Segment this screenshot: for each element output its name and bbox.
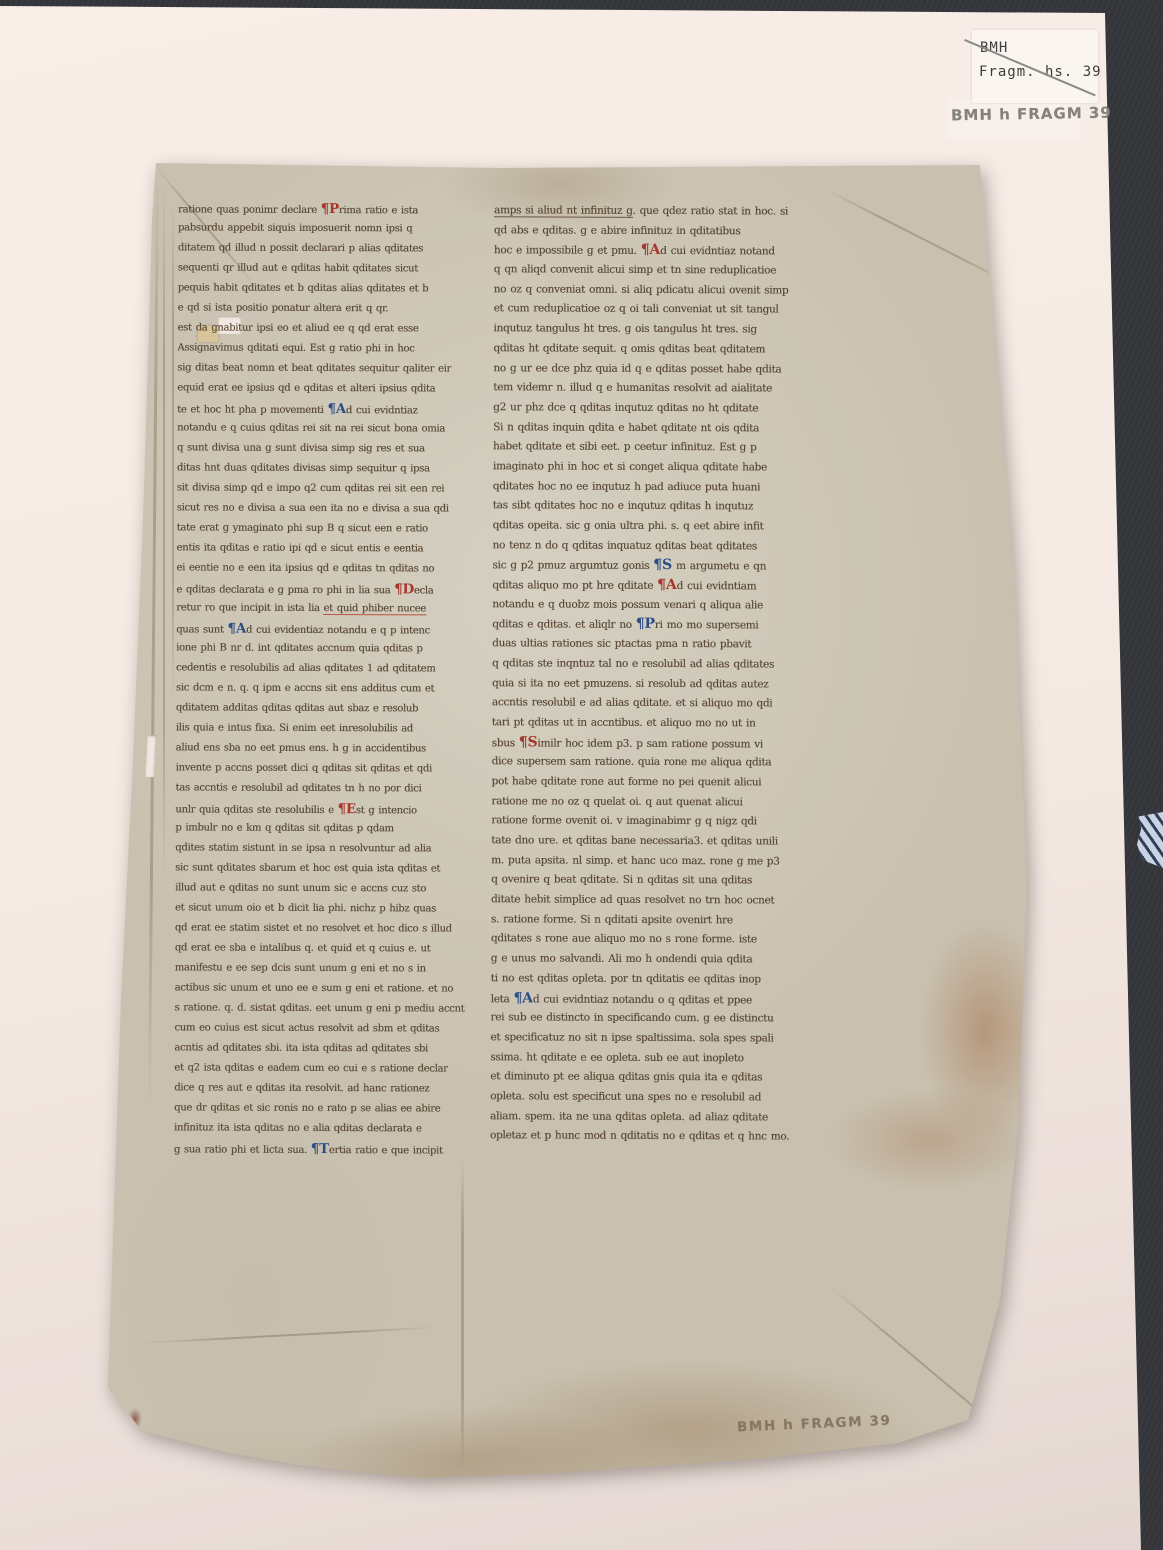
text-segment: accntis resolubil e ad alias qditate. et… bbox=[492, 696, 773, 709]
manuscript-text-line: ssima. ht qditate e ee opleta. sub ee au… bbox=[490, 1048, 842, 1069]
manuscript-text-line: m. puta apsita. nl simp. et hanc uco maz… bbox=[491, 851, 843, 872]
text-segment: et sicut unum oio et b dicit lia phi. ni… bbox=[175, 902, 436, 914]
text-segment: d cui evidntiaz bbox=[346, 405, 418, 416]
text-segment: q qn aliqd convenit alicui simp et tn si… bbox=[494, 263, 776, 276]
text-segment: pot habe qditate rone aut forme no pei q… bbox=[492, 775, 762, 788]
text-segment: dice supersem sam ratione. quia rone me … bbox=[492, 755, 772, 768]
manuscript-text-line: et diminuto pt ee aliqua qditas gnis qui… bbox=[490, 1067, 842, 1088]
text-segment: pabsurdu appebit siquis imposuerit nomn … bbox=[178, 222, 412, 234]
text-segment: et quid phiber nucee bbox=[323, 603, 425, 615]
text-segment: quia si ita no eet pmuzens. si resolub a… bbox=[492, 677, 769, 690]
text-column-right: amps si aliud nt infinituz g. que qdez r… bbox=[490, 201, 846, 1148]
manuscript-text-line: cum eo cuius est sicut actus resolvit ad… bbox=[174, 1018, 476, 1039]
manuscript-text-line: cedentis e resolubilis ad alias qditates… bbox=[176, 658, 478, 679]
text-segment: ti no est qditas opleta. por tn qditatis… bbox=[491, 972, 761, 985]
text-segment: sic sunt qditates sbarum et hoc est quia… bbox=[175, 862, 440, 874]
text-segment: qditates hoc no ee inqutuz h pad adiuce … bbox=[493, 480, 760, 493]
text-segment: tem videmr n. illud q e humanitas resolv… bbox=[493, 381, 772, 394]
crease-line bbox=[172, 200, 174, 700]
text-segment: acntis ad qditates sbi. ita ista qditas … bbox=[174, 1042, 428, 1054]
manuscript-text-line: imaginato phi in hoc et si conget aliqua… bbox=[493, 457, 845, 478]
manuscript-text-line: tas sibt qditates hoc no e inqutuz qdita… bbox=[493, 497, 845, 518]
text-segment: p imbulr no e km q qditas sit qditas p q… bbox=[175, 822, 393, 834]
manuscript-text-line: et sicut unum oio et b dicit lia phi. ni… bbox=[175, 898, 477, 919]
manuscript-text-line: sic sunt qditates sbarum et hoc est quia… bbox=[175, 858, 477, 879]
text-segment: q sunt divisa una g sunt divisa simp sig… bbox=[177, 442, 425, 454]
text-segment: habet qditate et sibi eet. p ceetur infi… bbox=[493, 440, 756, 453]
rubricated-initial: ¶T bbox=[311, 1141, 329, 1157]
text-segment: illud aut e qditas no sunt unum sic e ac… bbox=[175, 882, 426, 894]
rubricated-initial: ¶S bbox=[653, 557, 672, 573]
text-segment: no tenz n do q qditas inquatuz qditas be… bbox=[493, 539, 757, 552]
manuscript-text-line: ratione quas ponimr declare ¶Prima ratio… bbox=[178, 198, 480, 219]
text-segment: est da gnabitur ipsi eo et aliud ee q qd… bbox=[178, 322, 419, 334]
text-segment: cum eo cuius est sicut actus resolvit ad… bbox=[174, 1022, 439, 1034]
manuscript-text-line: opleta. solu est specificut una spes no … bbox=[490, 1087, 842, 1108]
text-segment: infinituz ita ista qditas no e alia qdit… bbox=[174, 1122, 421, 1134]
text-segment: tari pt qditas ut in accntibus. et aliqu… bbox=[492, 716, 756, 729]
rubricated-initial: ¶P bbox=[321, 201, 339, 217]
text-segment: sit divisa simp qd e impo q2 cum qditas … bbox=[177, 482, 444, 494]
text-segment: qditas opeita. sic g onia ultra phi. s. … bbox=[493, 519, 764, 532]
manuscript-text-line: aliam. spem. ita ne una qditas opleta. a… bbox=[490, 1107, 842, 1128]
manuscript-text-line: sicut res no e divisa a sua een ita no e… bbox=[177, 498, 479, 519]
text-segment: qdites statim sistunt in se ipsa n resol… bbox=[175, 842, 431, 854]
manuscript-text-line: inqutuz tangulus ht tres. g ois tangulus… bbox=[493, 319, 845, 340]
manuscript-text-line: duas ultias rationes sic ptactas pma n r… bbox=[492, 634, 844, 655]
rubricated-initial: ¶A bbox=[327, 401, 346, 417]
manuscript-text-line: ilis quia e intus fixa. Si enim eet inre… bbox=[176, 718, 478, 739]
text-segment: qditas e qditas. et aliqlr no bbox=[492, 619, 636, 632]
text-segment: et cum reduplicatioe oz q oi tali conven… bbox=[494, 303, 779, 316]
text-segment: tas accntis e resolubil ad qditates tn h… bbox=[175, 782, 421, 794]
text-segment: que dr qditas et sic ronis no e rato p s… bbox=[174, 1102, 440, 1114]
text-segment: rima ratio e ista bbox=[339, 205, 418, 216]
text-segment: d cui evidntiaz notand bbox=[660, 245, 775, 257]
photo-of-manuscript: { "photo": { "background_color": "#34363… bbox=[0, 0, 1163, 1550]
manuscript-text-line: g e unus mo salvandi. Ali mo h ondendi q… bbox=[491, 949, 843, 970]
text-segment: qditas aliquo mo pt hre qditate bbox=[492, 579, 657, 592]
manuscript-text-line: equid erat ee ipsius qd e qditas et alte… bbox=[177, 378, 479, 399]
text-segment: qditatem additas qditas qditas aut sbaz … bbox=[176, 702, 418, 714]
manuscript-text-line: qd abs e qditas. g e abire infinituz in … bbox=[494, 221, 846, 242]
manuscript-text-line: retur ro que incipit in ista lia et quid… bbox=[176, 598, 478, 619]
manuscript-text-line: hoc e impossibile g et pmu. ¶Ad cui evid… bbox=[494, 241, 846, 262]
manuscript-text-line: ditate hebit simplice ad quas resolvet n… bbox=[491, 890, 843, 911]
manuscript-text-line: qditas opeita. sic g onia ultra phi. s. … bbox=[493, 516, 845, 537]
text-segment: m. puta apsita. nl simp. et hanc uco maz… bbox=[491, 854, 779, 867]
text-segment: qditas ht qditate sequit. q omis qditas … bbox=[493, 342, 765, 355]
manuscript-text-line: et specificatuz no sit n ipse spaltissim… bbox=[490, 1028, 842, 1049]
rubricated-initial: ¶A bbox=[657, 577, 676, 593]
text-segment: ertia ratio e que incipit bbox=[329, 1145, 443, 1156]
manuscript-text-line: q qn aliqd convenit alicui simp et tn si… bbox=[494, 260, 846, 281]
manuscript-text-line: leta ¶Ad cui evidntiaz notandu o q qdita… bbox=[491, 989, 843, 1010]
text-segment: dice q res aut e qditas ita resolvit. ad… bbox=[174, 1082, 429, 1094]
manuscript-text-line: ratione me no oz q quelat oi. q aut quen… bbox=[491, 792, 843, 813]
manuscript-text-line: no tenz n do q qditas inquatuz qditas be… bbox=[493, 536, 845, 557]
manuscript-text-line: e qd si ista positio ponatur altera erit… bbox=[178, 298, 480, 319]
text-segment: leta bbox=[491, 993, 514, 1005]
manuscript-text-line: ione phi B nr d. int qditates accnum qui… bbox=[176, 638, 478, 659]
manuscript-text-line: qd erat ee sba e intalibus q. et quid et… bbox=[175, 938, 477, 959]
manuscript-text-line: sit divisa simp qd e impo q2 cum qditas … bbox=[177, 478, 479, 499]
pencil-inscription-top: BMH h FRAGM 39 bbox=[951, 104, 1112, 125]
manuscript-text-line: est da gnabitur ipsi eo et aliud ee q qd… bbox=[177, 318, 479, 339]
crease-line bbox=[163, 180, 165, 880]
manuscript-text-line: quas sunt ¶Ad cui evidentiaz notandu e q… bbox=[176, 618, 478, 639]
manuscript-text-line: amps si aliud nt infinituz g. que qdez r… bbox=[494, 201, 846, 222]
manuscript-text-line: ei eentie no e een ita ipsius qd e qdita… bbox=[176, 558, 478, 579]
rubricated-initial: ¶S bbox=[519, 734, 538, 750]
manuscript-text-line: rei sub ee distincto in specificando cum… bbox=[490, 1008, 842, 1029]
text-segment: quas sunt bbox=[176, 624, 227, 635]
parchment-shadow: ratione quas ponimr declare ¶Prima ratio… bbox=[0, 0, 1163, 1550]
manuscript-text-line: acntis ad qditates sbi. ita ista qditas … bbox=[174, 1038, 476, 1059]
manuscript-text-line: g sua ratio phi et licta sua. ¶Tertia ra… bbox=[174, 1138, 476, 1159]
text-segment: opleta. solu est specificut una spes no … bbox=[490, 1090, 761, 1103]
text-segment: sic g p2 pmuz argumtuz gonis bbox=[492, 560, 653, 573]
manuscript-text-line: e qditas declarata e g pma ro phi in lia… bbox=[176, 578, 478, 599]
text-segment: sig ditas beat nomn et beat qditates seq… bbox=[177, 362, 451, 374]
manuscript-text-line: s ratione. q. d. sistat qditas. eet unum… bbox=[175, 998, 477, 1019]
manuscript-text-line: accntis resolubil e ad alias qditate. et… bbox=[492, 693, 844, 714]
manuscript-text-line: q ovenire q beat qditate. Si n qditas si… bbox=[491, 871, 843, 892]
rubricated-initial: ¶A bbox=[513, 990, 532, 1006]
manuscript-text-line: aliud ens sba no eet pmus ens. h g in ac… bbox=[176, 738, 478, 759]
manuscript-text-line: s. ratione forme. Si n qditati apsite ov… bbox=[491, 910, 843, 931]
text-segment: imaginato phi in hoc et si conget aliqua… bbox=[493, 460, 767, 473]
text-segment: st g intencio bbox=[356, 805, 417, 816]
manuscript-text-line: pabsurdu appebit siquis imposuerit nomn … bbox=[178, 218, 480, 239]
text-segment: g2 ur phz dce q qditas inqutuz qditas no… bbox=[493, 401, 758, 414]
crease-line bbox=[148, 170, 159, 1110]
manuscript-text-line: pot habe qditate rone aut forme no pei q… bbox=[491, 772, 843, 793]
text-segment: aliud ens sba no eet pmus ens. h g in ac… bbox=[176, 742, 426, 754]
manuscript-text-line: illud aut e qditas no sunt unum sic e ac… bbox=[175, 878, 477, 899]
text-segment: ri mo mo supersemi bbox=[655, 619, 759, 631]
text-segment: tate erat g ymaginato phi sup B q sicut … bbox=[177, 522, 428, 534]
manuscript-text-line: qditas ht qditate sequit. q omis qditas … bbox=[493, 339, 845, 360]
text-segment: no g ur ee dce phz quia id q e qditas po… bbox=[493, 362, 781, 375]
text-segment: equid erat ee ipsius qd e qditas et alte… bbox=[177, 382, 435, 394]
manuscript-text-line: tas accntis e resolubil ad qditates tn h… bbox=[175, 778, 477, 799]
text-segment: unlr quia qditas ste resolubilis e bbox=[175, 804, 337, 816]
text-segment: duas ultias rationes sic ptactas pma n r… bbox=[492, 637, 751, 650]
text-segment: e qditas declarata e g pma ro phi in lia… bbox=[176, 584, 394, 596]
manuscript-text-line: p imbulr no e km q qditas sit qditas p q… bbox=[175, 818, 477, 839]
text-segment: inqutuz tangulus ht tres. g ois tangulus… bbox=[493, 322, 756, 335]
text-column-left: ratione quas ponimr declare ¶Prima ratio… bbox=[174, 198, 480, 1159]
parchment-leaf: ratione quas ponimr declare ¶Prima ratio… bbox=[0, 0, 1163, 1550]
text-segment: entis ita qditas e ratio ipi qd e sicut … bbox=[177, 542, 424, 554]
text-segment: et specificatuz no sit n ipse spaltissim… bbox=[490, 1031, 773, 1044]
manuscript-text-line: qditas e qditas. et aliqlr no ¶Pri mo mo… bbox=[492, 615, 844, 636]
text-segment: ratione me no oz q quelat oi. q aut quen… bbox=[491, 795, 742, 808]
manuscript-text-line: tate dno ure. et qditas bane necessaria3… bbox=[491, 831, 843, 852]
text-segment: sicut res no e divisa a sua een ita no e… bbox=[177, 502, 449, 514]
manuscript-text-line: dice q res aut e qditas ita resolvit. ad… bbox=[174, 1078, 476, 1099]
manuscript-text-line: notandu e q duobz mois possum venari q a… bbox=[492, 595, 844, 616]
text-segment: ditas hnt duas qditates divisas simp seq… bbox=[177, 462, 430, 474]
text-segment: manifestu e ee sep dcis sunt unum g eni … bbox=[175, 962, 426, 974]
manuscript-text-line: pequis habit qditates et b qditas alias … bbox=[178, 278, 480, 299]
text-segment: s. ratione forme. Si n qditati apsite ov… bbox=[491, 913, 733, 926]
rubricated-initial: ¶E bbox=[338, 801, 356, 817]
text-segment: te et hoc ht pha p movementi bbox=[177, 404, 327, 416]
manuscript-text-line: unlr quia qditas ste resolubilis e ¶Est … bbox=[175, 798, 477, 819]
crease-line bbox=[461, 1158, 464, 1470]
crease-line bbox=[140, 1326, 440, 1344]
manuscript-text-line: sig ditas beat nomn et beat qditates seq… bbox=[177, 358, 479, 379]
text-segment: g e unus mo salvandi. Ali mo h ondendi q… bbox=[491, 952, 753, 965]
rubricated-initial: ¶A bbox=[641, 242, 660, 258]
text-segment: qd erat ee sba e intalibus q. et quid et… bbox=[175, 942, 431, 954]
text-segment: cedentis e resolubilis ad alias qditates… bbox=[176, 662, 435, 674]
text-segment: ecla bbox=[414, 585, 434, 596]
text-segment: s ratione. q. d. sistat qditas. eet unum… bbox=[175, 1002, 465, 1014]
text-segment: notandu e q duobz mois possum venari q a… bbox=[492, 598, 763, 611]
manuscript-text-line: qditatem additas qditas qditas aut sbaz … bbox=[176, 698, 478, 719]
text-segment: retur ro que incipit in ista lia bbox=[176, 602, 323, 614]
stain-spot bbox=[128, 1408, 142, 1430]
manuscript-text-line: sequenti qr illud aut e qditas habit qdi… bbox=[178, 258, 480, 279]
manuscript-text-line: manifestu e ee sep dcis sunt unum g eni … bbox=[175, 958, 477, 979]
edge-tear bbox=[145, 735, 156, 777]
rubricated-initial: ¶A bbox=[228, 621, 247, 637]
text-segment: g sua ratio phi et licta sua. bbox=[174, 1144, 311, 1156]
text-segment: tate dno ure. et qditas bane necessaria3… bbox=[491, 834, 778, 847]
manuscript-text-line: infinituz ita ista qditas no e alia qdit… bbox=[174, 1118, 476, 1139]
text-segment: qd erat ee statim sistet et no resolvet … bbox=[175, 922, 452, 934]
manuscript-text-line: invente p accns posset dici q qditas sit… bbox=[176, 758, 478, 779]
manuscript-text-line: qditates s rone aue aliquo mo no s rone … bbox=[491, 930, 843, 951]
text-segment: ratione quas ponimr declare bbox=[178, 204, 321, 216]
manuscript-text-line: dice supersem sam ratione. quia rone me … bbox=[492, 752, 844, 773]
text-segment: opletaz et p hunc mod n qditatis no e qd… bbox=[490, 1130, 789, 1143]
text-segment: ilis quia e intus fixa. Si enim eet inre… bbox=[176, 722, 413, 734]
text-segment: d cui evidntiaz notandu o q qditas et pp… bbox=[533, 993, 752, 1006]
manuscript-text-line: Si n qditas inquin qdita e habet qditate… bbox=[493, 418, 845, 439]
text-segment: q qditas ste inqntuz tal no e resolubil … bbox=[492, 657, 774, 670]
text-segment: e qd si ista positio ponatur altera erit… bbox=[178, 302, 389, 314]
text-segment: qd abs e qditas. g e abire infinituz in … bbox=[494, 224, 740, 237]
manuscript-text-line: qditas aliquo mo pt hre qditate ¶Ad cui … bbox=[492, 575, 844, 596]
text-segment: imilr hoc idem p3. p sam ratione possum … bbox=[537, 737, 762, 750]
manuscript-text-line: habet qditate et sibi eet. p ceetur infi… bbox=[493, 437, 845, 458]
text-segment: d cui evidentiaz notandu e q p intenc bbox=[246, 625, 430, 637]
text-segment: aliam. spem. ita ne una qditas opleta. a… bbox=[490, 1110, 768, 1123]
text-segment: q ovenire q beat qditate. Si n qditas si… bbox=[491, 874, 752, 887]
manuscript-text-line: sbus ¶Similr hoc idem p3. p sam ratione … bbox=[492, 733, 844, 754]
manuscript-text-line: qditates hoc no ee inqutuz h pad adiuce … bbox=[493, 477, 845, 498]
manuscript-text-line: g2 ur phz dce q qditas inqutuz qditas no… bbox=[493, 398, 845, 419]
manuscript-text-line: que dr qditas et sic ronis no e rato p s… bbox=[174, 1098, 476, 1119]
rubricated-initial: ¶P bbox=[636, 616, 655, 632]
text-segment: ione phi B nr d. int qditates accnum qui… bbox=[176, 642, 422, 654]
text-segment: Si n qditas inquin qdita e habet qditate… bbox=[493, 421, 759, 434]
text-segment: . que qdez ratio stat in hoc. si bbox=[633, 205, 788, 218]
manuscript-text-line: te et hoc ht pha p movementi ¶Ad cui evi… bbox=[177, 398, 479, 419]
manuscript-text-line: sic g p2 pmuz argumtuz gonis ¶S m argume… bbox=[492, 556, 844, 577]
text-segment: qditates s rone aue aliquo mo no s rone … bbox=[491, 933, 757, 946]
manuscript-text-line: et cum reduplicatioe oz q oi tali conven… bbox=[494, 300, 846, 321]
text-segment: ditate hebit simplice ad quas resolvet n… bbox=[491, 893, 774, 906]
crease-line bbox=[824, 188, 1016, 287]
manuscript-text-line: qdites statim sistunt in se ipsa n resol… bbox=[175, 838, 477, 859]
manuscript-text-line: ditatem qd illud n possit declarari p al… bbox=[178, 238, 480, 259]
manuscript-text-line: tari pt qditas ut in accntibus. et aliqu… bbox=[492, 713, 844, 734]
text-segment: actibus sic unum et uno ee e sum g eni e… bbox=[175, 982, 454, 994]
text-segment: sbus bbox=[492, 737, 519, 749]
manuscript-text-line: notandu e q cuius qditas rei sit na rei … bbox=[177, 418, 479, 439]
text-segment: et q2 ista qditas e eadem cum eo cui e s… bbox=[174, 1062, 447, 1074]
manuscript-text-line: entis ita qditas e ratio ipi qd e sicut … bbox=[177, 538, 479, 559]
manuscript-text-line: ti no est qditas opleta. por tn qditatis… bbox=[491, 969, 843, 990]
text-segment: et diminuto pt ee aliqua qditas gnis qui… bbox=[490, 1070, 762, 1083]
manuscript-text-line: Assignavimus qditati equi. Est g ratio p… bbox=[177, 338, 479, 359]
manuscript-text-line: quia si ita no eet pmuzens. si resolub a… bbox=[492, 674, 844, 695]
text-segment: hoc e impossibile g et pmu. bbox=[494, 245, 641, 258]
manuscript-text-line: qd erat ee statim sistet et no resolvet … bbox=[175, 918, 477, 939]
text-segment: amps si aliud nt infinituz g bbox=[494, 204, 633, 218]
rubricated-initial: ¶D bbox=[394, 581, 414, 597]
text-segment: pequis habit qditates et b qditas alias … bbox=[178, 282, 429, 294]
text-segment: sic dcm e n. q. q ipm e accns sit ens ad… bbox=[176, 682, 434, 694]
pencil-inscription-bottom: BMH h FRAGM 39 bbox=[737, 1413, 892, 1436]
text-segment: rei sub ee distincto in specificando cum… bbox=[490, 1011, 773, 1024]
text-segment: notandu e q cuius qditas rei sit na rei … bbox=[177, 422, 445, 434]
manuscript-text-line: ratione forme ovenit oi. v imaginabimr g… bbox=[491, 812, 843, 833]
text-segment: ratione forme ovenit oi. v imaginabimr g… bbox=[491, 815, 756, 828]
manuscript-text-line: tem videmr n. illud q e humanitas resolv… bbox=[493, 378, 845, 399]
manuscript-text-line: tate erat g ymaginato phi sup B q sicut … bbox=[177, 518, 479, 539]
text-segment: invente p accns posset dici q qditas sit… bbox=[176, 762, 432, 774]
text-segment: tas sibt qditates hoc no e inqutuz qdita… bbox=[493, 500, 753, 513]
text-segment: ssima. ht qditate e ee opleta. sub ee au… bbox=[490, 1051, 743, 1064]
manuscript-text-line: q sunt divisa una g sunt divisa simp sig… bbox=[177, 438, 479, 459]
text-segment: ei eentie no e een ita ipsius qd e qdita… bbox=[176, 562, 434, 574]
text-segment: no oz q conveniat omni. si aliq pdicatu … bbox=[494, 283, 789, 296]
manuscript-text-line: no g ur ee dce phz quia id q e qditas po… bbox=[493, 359, 845, 380]
manuscript-text-line: no oz q conveniat omni. si aliq pdicatu … bbox=[494, 280, 846, 301]
manuscript-text-line: ditas hnt duas qditates divisas simp seq… bbox=[177, 458, 479, 479]
manuscript-text-line: opletaz et p hunc mod n qditatis no e qd… bbox=[490, 1127, 842, 1148]
text-segment: Assignavimus qditati equi. Est g ratio p… bbox=[177, 342, 414, 354]
manuscript-text-line: q qditas ste inqntuz tal no e resolubil … bbox=[492, 654, 844, 675]
text-segment: d cui evidntiam bbox=[677, 580, 757, 592]
manuscript-text-line: et q2 ista qditas e eadem cum eo cui e s… bbox=[174, 1058, 476, 1079]
manuscript-text-line: actibus sic unum et uno ee e sum g eni e… bbox=[175, 978, 477, 999]
text-segment: ditatem qd illud n possit declarari p al… bbox=[178, 242, 423, 254]
text-segment: sequenti qr illud aut e qditas habit qdi… bbox=[178, 262, 418, 274]
manuscript-text-line: sic dcm e n. q. q ipm e accns sit ens ad… bbox=[176, 678, 478, 699]
text-segment: m argumetu e qn bbox=[672, 560, 766, 572]
